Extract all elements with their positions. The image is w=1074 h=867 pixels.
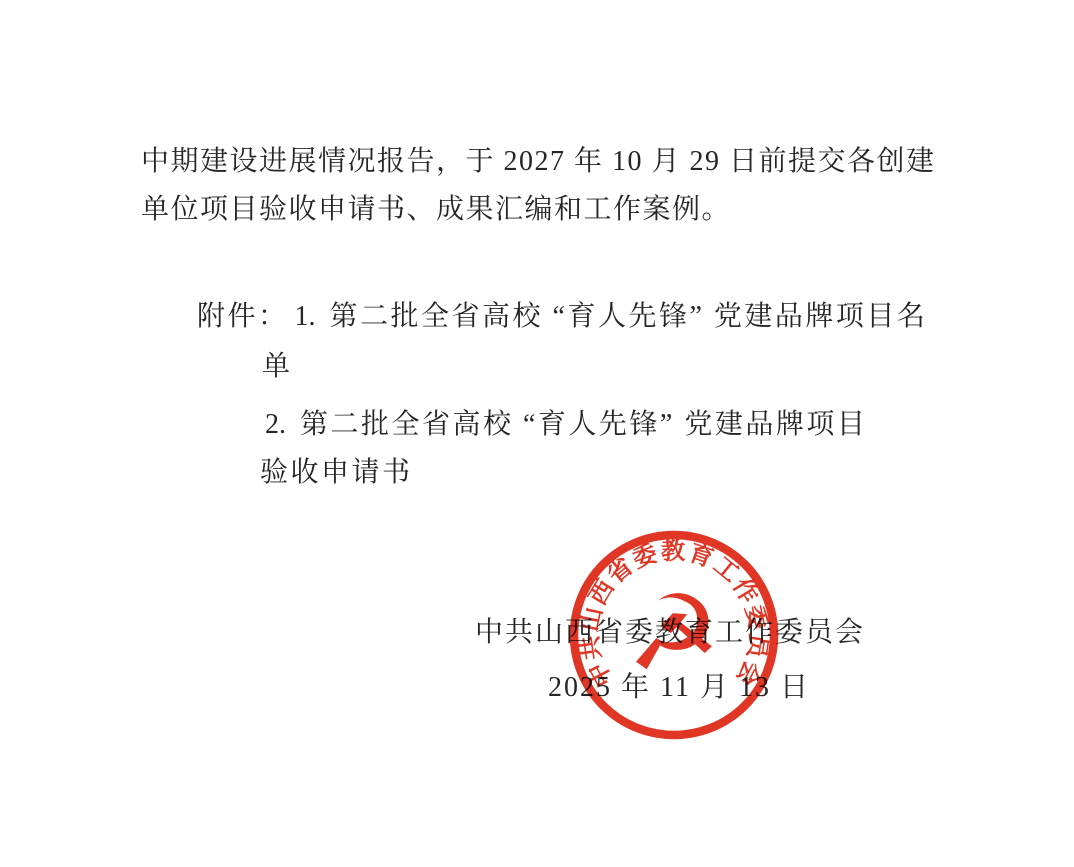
attachment-item-1-line-1: 附件：1.第二批全省高校 “育人先锋” 党建品牌项目名 <box>197 301 927 333</box>
document-page: 中期建设进展情况报告，于 2027 年 10 月 29 日前提交各创建 单位项目… <box>0 0 1074 867</box>
official-seal-graphic: 中共山西省委教育工作委员会 ☭ <box>566 527 782 743</box>
attachment-item-1-title: 第二批全省高校 “育人先锋” 党建品牌项目名 <box>330 301 928 332</box>
attachment-item-2-line-2: 验收申请书 <box>260 457 413 489</box>
attachment-item-2-title: 第二批全省高校 “育人先锋” 党建品牌项目 <box>300 409 867 440</box>
body-paragraph-line-2: 单位项目验收申请书、成果汇编和工作案例。 <box>141 194 731 226</box>
attachment-item-2-line-1: 2.第二批全省高校 “育人先锋” 党建品牌项目 <box>265 409 867 441</box>
attachment-item-2-number: 2. <box>265 409 286 440</box>
official-seal: 中共山西省委教育工作委员会 ☭ <box>566 527 782 743</box>
attachment-item-1-number: 1. <box>295 301 316 332</box>
attachment-item-1-line-2: 单 <box>262 351 293 383</box>
hammer-and-sickle-icon: ☭ <box>627 572 720 694</box>
attachments-label: 附件： <box>197 301 289 332</box>
body-paragraph-line-1: 中期建设进展情况报告，于 2027 年 10 月 29 日前提交各创建 <box>141 146 936 178</box>
